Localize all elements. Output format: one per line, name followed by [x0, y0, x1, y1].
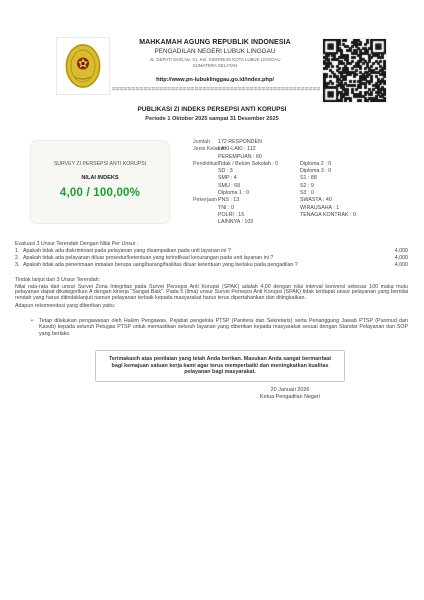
resp-col1: LAINNYA : 103: [218, 219, 300, 226]
survey-label: SURVEY ZI PERSEPSI ANTI KORUPSI: [31, 161, 169, 167]
court-seal-icon: [63, 41, 103, 91]
evaluation-item-question: Apakah tidak ada diskriminasi pada pelay…: [23, 248, 378, 255]
evaluation-item-number: 1.: [15, 248, 23, 255]
org-name: MAHKAMAH AGUNG REPUBLIK INDONESIA: [110, 39, 320, 46]
resp-col2: S2 : 9: [300, 183, 410, 190]
resp-col2: Diploma 2 : 0: [300, 161, 410, 168]
respondent-row: PEREMPUAN : 60: [193, 154, 410, 161]
resp-col2: WIRAUSAHA : 1: [300, 205, 410, 212]
respondent-demographics: Jumlah172 RESPONDENJenis KelaminLAKI-LAK…: [193, 139, 410, 227]
qr-code: [322, 38, 387, 103]
document-page: MAHKAMAH AGUNG REPUBLIK INDONESIA PENGAD…: [0, 0, 424, 600]
resp-label: [193, 154, 218, 161]
resp-col2: [300, 154, 410, 161]
double-rule-separator: ========================================…: [112, 86, 320, 93]
evaluation-item: 2.Apakah tidak ada pelayanan diluar pros…: [15, 255, 408, 262]
resp-col2: S1 : 88: [300, 175, 410, 182]
recommendation-intro: Adapun rekomendasi yang diberikan yaitu:: [15, 303, 408, 310]
court-name: PENGADILAN NEGERI LUBUK LINGGAU: [110, 48, 320, 55]
signature-title: Ketua Pengadilan Negeri: [225, 394, 355, 401]
resp-col2: [300, 219, 410, 226]
page-title: PUBLIKASI ZI INDEKS PERSEPSI ANTI KORUPS…: [0, 106, 424, 113]
resp-label: [193, 183, 218, 190]
respondent-row: SMP : 4S1 : 88: [193, 175, 410, 182]
respondent-row: SD : 3Diploma 3 : 0: [193, 168, 410, 175]
court-region: SUMATERA SELATAN: [110, 63, 320, 68]
resp-col1: 172 RESPONDEN: [218, 139, 300, 146]
respondent-row: Diploma 1 : 0S3 : 0: [193, 190, 410, 197]
index-label: NILAI INDEKS: [31, 175, 169, 181]
resp-label: [193, 168, 218, 175]
court-seal-logo: [56, 37, 110, 95]
resp-col2: [300, 139, 410, 146]
resp-col2: [300, 146, 410, 153]
index-score-card: SURVEY ZI PERSEPSI ANTI KORUPSI NILAI IN…: [30, 140, 170, 224]
resp-label: [193, 190, 218, 197]
evaluation-item-question: Apakah tidak ada penerimaan imbalan beru…: [23, 262, 378, 269]
evaluation-item-value: 4,000: [378, 248, 408, 255]
index-value: 4,00 / 100,00%: [31, 187, 169, 199]
followup-section: Tindak lanjut dari 3 Unsur Terendah: Nil…: [15, 277, 408, 337]
resp-label: [193, 212, 218, 219]
resp-col2: Diploma 3 : 0: [300, 168, 410, 175]
resp-col1: PNS : 13: [218, 197, 300, 204]
court-website-link[interactable]: http://www.pn-lubuklinggau.go.id/index.p…: [156, 77, 274, 83]
followup-paragraph: Nilai rata-rata dari unsur Survei Zona I…: [15, 285, 408, 302]
evaluation-item-number: 3.: [15, 262, 23, 269]
resp-col1: PEREMPUAN : 60: [218, 154, 300, 161]
evaluation-item-number: 2.: [15, 255, 23, 262]
resp-col1: SMU : 68: [218, 183, 300, 190]
resp-label: [193, 175, 218, 182]
resp-label: [193, 205, 218, 212]
signature-block: 20 Januari 2026 Ketua Pengadilan Negeri: [225, 387, 355, 401]
evaluation-heading: Evaluasi 3 Unsur Terendah Dengan Nilai P…: [15, 241, 408, 248]
evaluation-item: 3.Apakah tidak ada penerimaan imbalan be…: [15, 262, 408, 269]
resp-col1: POLRI : 15: [218, 212, 300, 219]
respondent-row: POLRI : 15TENAGA KONTRAK : 0: [193, 212, 410, 219]
resp-col2: S3 : 0: [300, 190, 410, 197]
resp-col1: Tidak / Belum Sekolah : 0: [218, 161, 300, 168]
letterhead: MAHKAMAH AGUNG REPUBLIK INDONESIA PENGAD…: [110, 39, 320, 86]
evaluation-section: Evaluasi 3 Unsur Terendah Dengan Nilai P…: [15, 241, 408, 269]
resp-col2: SWASTA : 40: [300, 197, 410, 204]
respondent-row: Jumlah172 RESPONDEN: [193, 139, 410, 146]
respondent-row: Jenis KelaminLAKI-LAKI : 112: [193, 146, 410, 153]
resp-label: Pekerjaan: [193, 197, 218, 204]
page-period: Periode 1 Oktober 2025 sampai 31 Desembe…: [0, 116, 424, 122]
evaluation-item-value: 4,000: [378, 262, 408, 269]
respondent-row: TNI : 0WIRAUSAHA : 1: [193, 205, 410, 212]
evaluation-item-value: 4,000: [378, 255, 408, 262]
thanks-message-box: Terimakasih atas penilaian yang telah An…: [95, 350, 345, 382]
resp-col1: SMP : 4: [218, 175, 300, 182]
signature-date: 20 Januari 2026: [225, 387, 355, 394]
resp-label: Jenis Kelamin: [193, 146, 218, 153]
recommendation-list: Tetap dilakukan pengawasan oleh Hakim Pe…: [15, 318, 408, 337]
followup-heading: Tindak lanjut dari 3 Unsur Terendah:: [15, 277, 408, 284]
respondent-row: SMU : 68S2 : 9: [193, 183, 410, 190]
resp-col1: TNI : 0: [218, 205, 300, 212]
court-address: JL. DEPATI SAID,No. 01, Kel. SIDOREJO KO…: [110, 57, 320, 62]
resp-label: Pendidikan: [193, 161, 218, 168]
resp-col1: Diploma 1 : 0: [218, 190, 300, 197]
resp-col1: LAKI-LAKI : 112: [218, 146, 300, 153]
evaluation-item: 1.Apakah tidak ada diskriminasi pada pel…: [15, 248, 408, 255]
resp-label: [193, 219, 218, 226]
resp-label: Jumlah: [193, 139, 218, 146]
resp-col2: TENAGA KONTRAK : 0: [300, 212, 410, 219]
respondent-row: PekerjaanPNS : 13SWASTA : 40: [193, 197, 410, 204]
evaluation-item-question: Apakah tidak ada pelayanan diluar prosed…: [23, 255, 378, 262]
resp-col1: SD : 3: [218, 168, 300, 175]
respondent-row: PendidikanTidak / Belum Sekolah : 0Diplo…: [193, 161, 410, 168]
respondent-row: LAINNYA : 103: [193, 219, 410, 226]
recommendation-item: Tetap dilakukan pengawasan oleh Hakim Pe…: [31, 318, 408, 337]
